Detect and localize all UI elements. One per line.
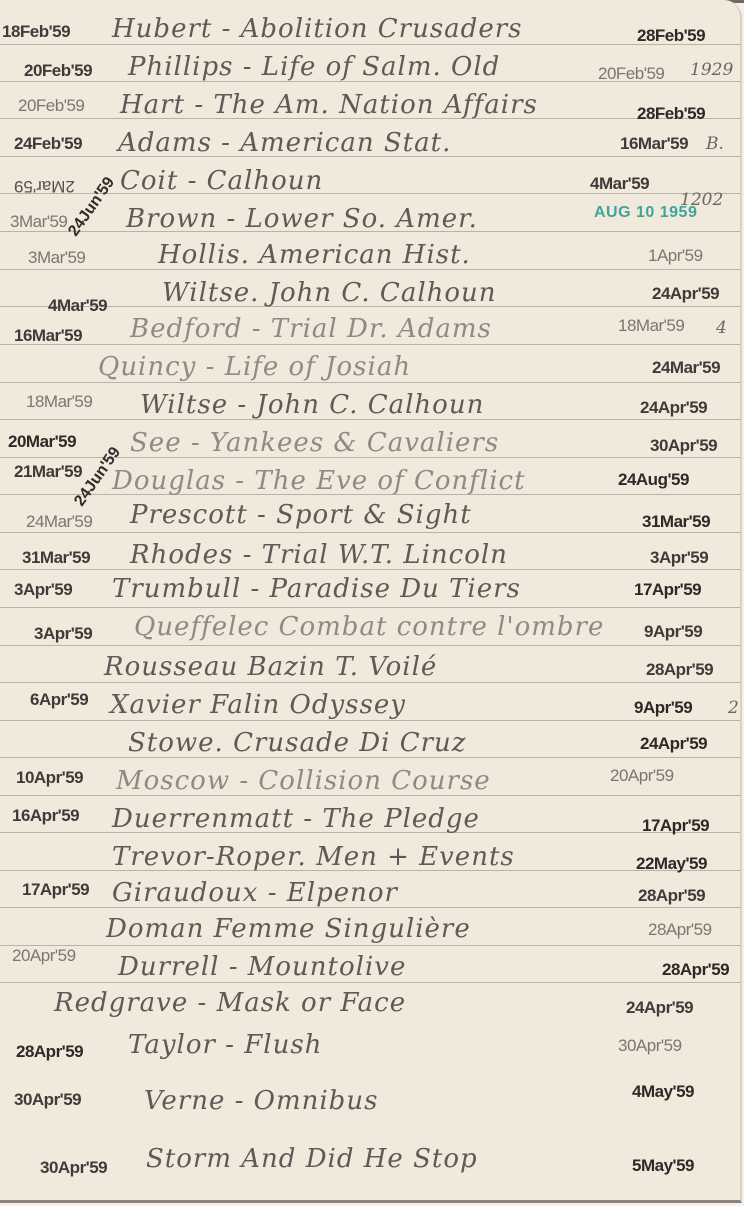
book-entry: Verne - Omnibus <box>144 1086 378 1116</box>
due-date-stamp: 28Feb'59 <box>637 104 705 124</box>
book-entry: Wiltse - John C. Calhoun <box>140 390 484 420</box>
book-entry: Adams - American Stat. <box>118 128 451 158</box>
book-entry: Douglas - The Eve of Conflict <box>112 466 526 496</box>
issue-date-stamp: 10Apr'59 <box>16 768 83 788</box>
book-entry: Durrell - Mountolive <box>118 952 406 982</box>
margin-note: B. <box>706 134 724 154</box>
due-date-stamp: 16Mar'59 <box>620 134 688 154</box>
due-date-stamp: 28Apr'59 <box>648 920 712 940</box>
ruled-line <box>0 982 740 983</box>
ruled-line <box>0 945 740 946</box>
book-entry: Duerrenmatt - The Pledge <box>112 804 480 834</box>
due-date-stamp: 17Apr'59 <box>642 816 709 836</box>
book-entry: Quincy - Life of Josiah <box>98 352 411 382</box>
book-entry: Queffelec Combat contre l'ombre <box>134 612 604 642</box>
due-date-stamp: 28Apr'59 <box>638 886 705 906</box>
issue-date-stamp: 17Apr'59 <box>22 880 89 900</box>
book-entry: Redgrave - Mask or Face <box>54 988 406 1018</box>
book-entry: Wiltse. John C. Calhoun <box>162 278 497 308</box>
issue-date-stamp: 30Apr'59 <box>40 1158 107 1178</box>
book-entry: Doman Femme Singulière <box>106 914 471 944</box>
margin-note: 2 <box>728 698 739 718</box>
issue-date-stamp: 16Apr'59 <box>12 806 79 826</box>
issue-date-stamp: 20Apr'59 <box>12 946 76 966</box>
book-entry: Phillips - Life of Salm. Old <box>128 52 500 82</box>
issue-date-stamp: 28Apr'59 <box>16 1042 83 1062</box>
book-entry: Giraudoux - Elpenor <box>112 878 398 908</box>
due-date-stamp: 24Apr'59 <box>652 284 719 304</box>
book-entry: Taylor - Flush <box>128 1030 322 1060</box>
book-entry: Stowe. Crusade Di Cruz <box>128 728 466 758</box>
ruled-line <box>0 344 740 345</box>
inverted-issue-date-stamp: 2Mar'59 <box>14 176 75 196</box>
issue-date-stamp: 20Feb'59 <box>18 96 84 116</box>
issue-date-stamp: 6Apr'59 <box>30 690 88 710</box>
due-date-stamp: 5May'59 <box>632 1156 694 1176</box>
due-date-stamp: 31Mar'59 <box>642 512 710 532</box>
book-entry: Trevor-Roper. Men + Events <box>112 842 515 872</box>
ruled-line <box>0 532 740 533</box>
issue-date-stamp: 20Mar'59 <box>8 432 76 452</box>
issue-date-stamp: 24Feb'59 <box>14 134 82 154</box>
due-date-stamp: 18Mar'59 <box>618 316 684 336</box>
due-date-stamp: 3Apr'59 <box>650 548 708 568</box>
issue-date-stamp: 3Apr'59 <box>34 624 92 644</box>
green-date-stamp: AUG 10 1959 <box>594 204 697 222</box>
ruled-line <box>0 382 740 383</box>
due-date-stamp: 24Mar'59 <box>652 358 720 378</box>
book-entry: Hollis. American Hist. <box>158 240 471 270</box>
due-date-stamp: 24Apr'59 <box>640 734 707 754</box>
due-date-stamp: 9Apr'59 <box>644 622 702 642</box>
due-date-stamp: 30Apr'59 <box>618 1036 682 1056</box>
issue-date-stamp: 30Apr'59 <box>14 1090 81 1110</box>
issue-date-stamp: 31Mar'59 <box>22 548 90 568</box>
ruled-line <box>0 682 740 683</box>
due-date-stamp: 30Apr'59 <box>650 436 717 456</box>
due-date-stamp: 24Aug'59 <box>618 470 689 490</box>
margin-note: 4 <box>716 318 727 338</box>
book-entry: Hubert - Abolition Crusaders <box>112 14 522 44</box>
issue-date-stamp: 18Mar'59 <box>26 392 92 412</box>
issue-date-stamp: 3Mar'59 <box>28 248 85 268</box>
library-card: 18Feb'59 Hubert - Abolition Crusaders 28… <box>0 0 742 1203</box>
issue-date-stamp: 21Mar'59 <box>14 462 82 482</box>
book-entry: Coit - Calhoun <box>120 166 323 196</box>
due-date-stamp: 4Mar'59 <box>590 174 649 194</box>
issue-date-stamp: 3Mar'59 <box>10 212 67 232</box>
book-entry: Storm And Did He Stop <box>146 1144 478 1174</box>
ruled-line <box>0 645 740 646</box>
due-date-stamp: 24Apr'59 <box>640 398 707 418</box>
issue-date-stamp: 16Mar'59 <box>14 326 82 346</box>
due-date-stamp: 28Apr'59 <box>662 960 729 980</box>
book-entry: Moscow - Collision Course <box>116 766 491 796</box>
ruled-line <box>0 607 740 608</box>
book-entry: Hart - The Am. Nation Affairs <box>120 90 538 120</box>
due-date-stamp: 20Apr'59 <box>610 766 674 786</box>
issue-date-stamp: 3Apr'59 <box>14 580 72 600</box>
due-date-stamp: 22May'59 <box>636 854 707 874</box>
due-date-stamp: 4May'59 <box>632 1082 694 1102</box>
book-entry: Bedford - Trial Dr. Adams <box>130 314 492 344</box>
due-date-stamp: 28Feb'59 <box>637 26 705 46</box>
issue-date-stamp: 4Mar'59 <box>48 296 107 316</box>
book-entry: Rhodes - Trial W.T. Lincoln <box>130 540 508 570</box>
ruled-line <box>0 720 740 721</box>
due-date-stamp: 28Apr'59 <box>646 660 713 680</box>
book-entry: Brown - Lower So. Amer. <box>126 204 478 234</box>
due-date-stamp: 20Feb'59 <box>598 64 664 84</box>
book-entry: See - Yankees & Cavaliers <box>130 428 499 458</box>
margin-note: 1929 <box>690 60 733 80</box>
book-entry: Prescott - Sport & Sight <box>130 500 472 530</box>
book-entry: Trumbull - Paradise Du Tiers <box>112 574 521 604</box>
book-entry: Rousseau Bazin T. Voilé <box>104 652 437 682</box>
due-date-stamp: 1Apr'59 <box>648 246 703 266</box>
book-entry: Xavier Falin Odyssey <box>110 690 406 720</box>
issue-date-stamp: 20Feb'59 <box>24 61 92 81</box>
due-date-stamp: 24Apr'59 <box>626 998 693 1018</box>
due-date-stamp: 9Apr'59 <box>634 698 692 718</box>
due-date-stamp: 17Apr'59 <box>634 580 701 600</box>
ruled-line <box>0 44 740 45</box>
issue-date-stamp: 24Mar'59 <box>26 512 92 532</box>
issue-date-stamp: 18Feb'59 <box>2 22 70 42</box>
